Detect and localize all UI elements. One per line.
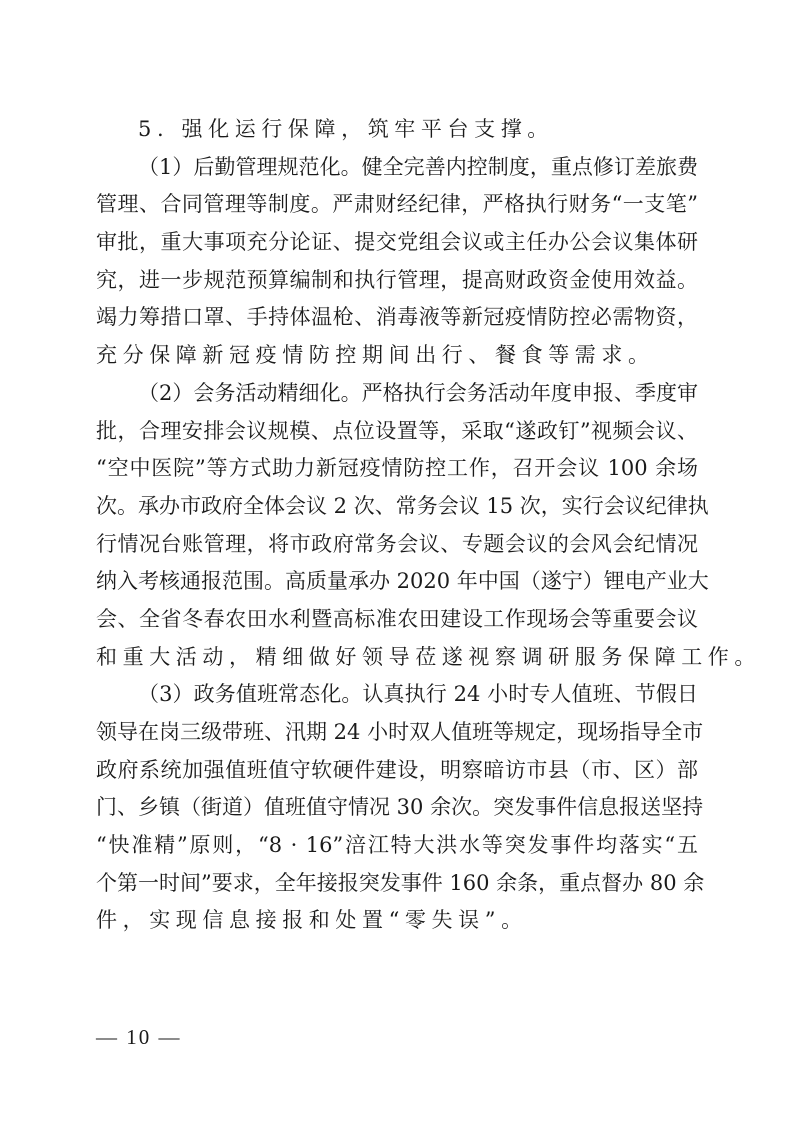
section-heading: 5. 强化运行保障，筑牢平台支撑。 [96,111,698,149]
paragraph-duty: （3）政务值班常态化。认真执行 24 小时专人值班、节假日 领导在岗三级带班、汛… [96,676,698,940]
paragraph-line: 和重大活动，精细做好领导莅遂视察调研服务保障工作。 [96,639,698,677]
paragraph-line: 批，合理安排会议规模、点位设置等，采取“遂政钉”视频会议、 [96,413,698,451]
document-page: 5. 强化运行保障，筑牢平台支撑。 （1）后勤管理规范化。健全完善内控制度，重点… [96,111,698,940]
paragraph-meetings: （2）会务活动精细化。严格执行会务活动年度申报、季度审 批，合理安排会议规模、点… [96,375,698,677]
paragraph-line: “空中医院”等方式助力新冠疫情防控工作，召开会议 100 余场 [96,450,698,488]
paragraph-line: 政府系统加强值班值守软硬件建设，明察暗访市县（市、区）部 [96,752,698,790]
paragraph-line: 次。承办市政府全体会议 2 次、常务会议 15 次，实行会议纪律执 [96,488,698,526]
paragraph-line: （3）政务值班常态化。认真执行 24 小时专人值班、节假日 [96,676,698,714]
paragraph-line: 管理、合同管理等制度。严肃财经纪律，严格执行财务“一支笔” [96,186,698,224]
paragraph-line: 件，实现信息接报和处置“零失误”。 [96,902,698,940]
paragraph-line: 审批，重大事项充分论证、提交党组会议或主任办公会议集体研 [96,224,698,262]
page-number: — 10 — [96,1023,182,1051]
paragraph-line: “快准精”原则，“8 · 16”涪江特大洪水等突发事件均落实“五 [96,827,698,865]
paragraph-line: 领导在岗三级带班、汛期 24 小时双人值班等规定，现场指导全市 [96,714,698,752]
paragraph-line: 竭力筹措口罩、手持体温枪、消毒液等新冠疫情防控必需物资， [96,299,698,337]
paragraph-line: 会、全省冬春农田水利暨高标准农田建设工作现场会等重要会议 [96,601,698,639]
paragraph-line: 个第一时间”要求，全年接报突发事件 160 余条，重点督办 80 余 [96,865,698,903]
paragraph-line: 行情况台账管理，将市政府常务会议、专题会议的会风会纪情况 [96,526,698,564]
paragraph-logistics: （1）后勤管理规范化。健全完善内控制度，重点修订差旅费 管理、合同管理等制度。严… [96,149,698,375]
paragraph-line: 门、乡镇（街道）值班值守情况 30 余次。突发事件信息报送坚持 [96,789,698,827]
paragraph-line: （2）会务活动精细化。严格执行会务活动年度申报、季度审 [96,375,698,413]
paragraph-line: 纳入考核通报范围。高质量承办 2020 年中国（遂宁）锂电产业大 [96,563,698,601]
paragraph-line: （1）后勤管理规范化。健全完善内控制度，重点修订差旅费 [96,149,698,187]
paragraph-line: 充分保障新冠疫情防控期间出行、餐食等需求。 [96,337,698,375]
paragraph-line: 究，进一步规范预算编制和执行管理，提高财政资金使用效益。 [96,262,698,300]
